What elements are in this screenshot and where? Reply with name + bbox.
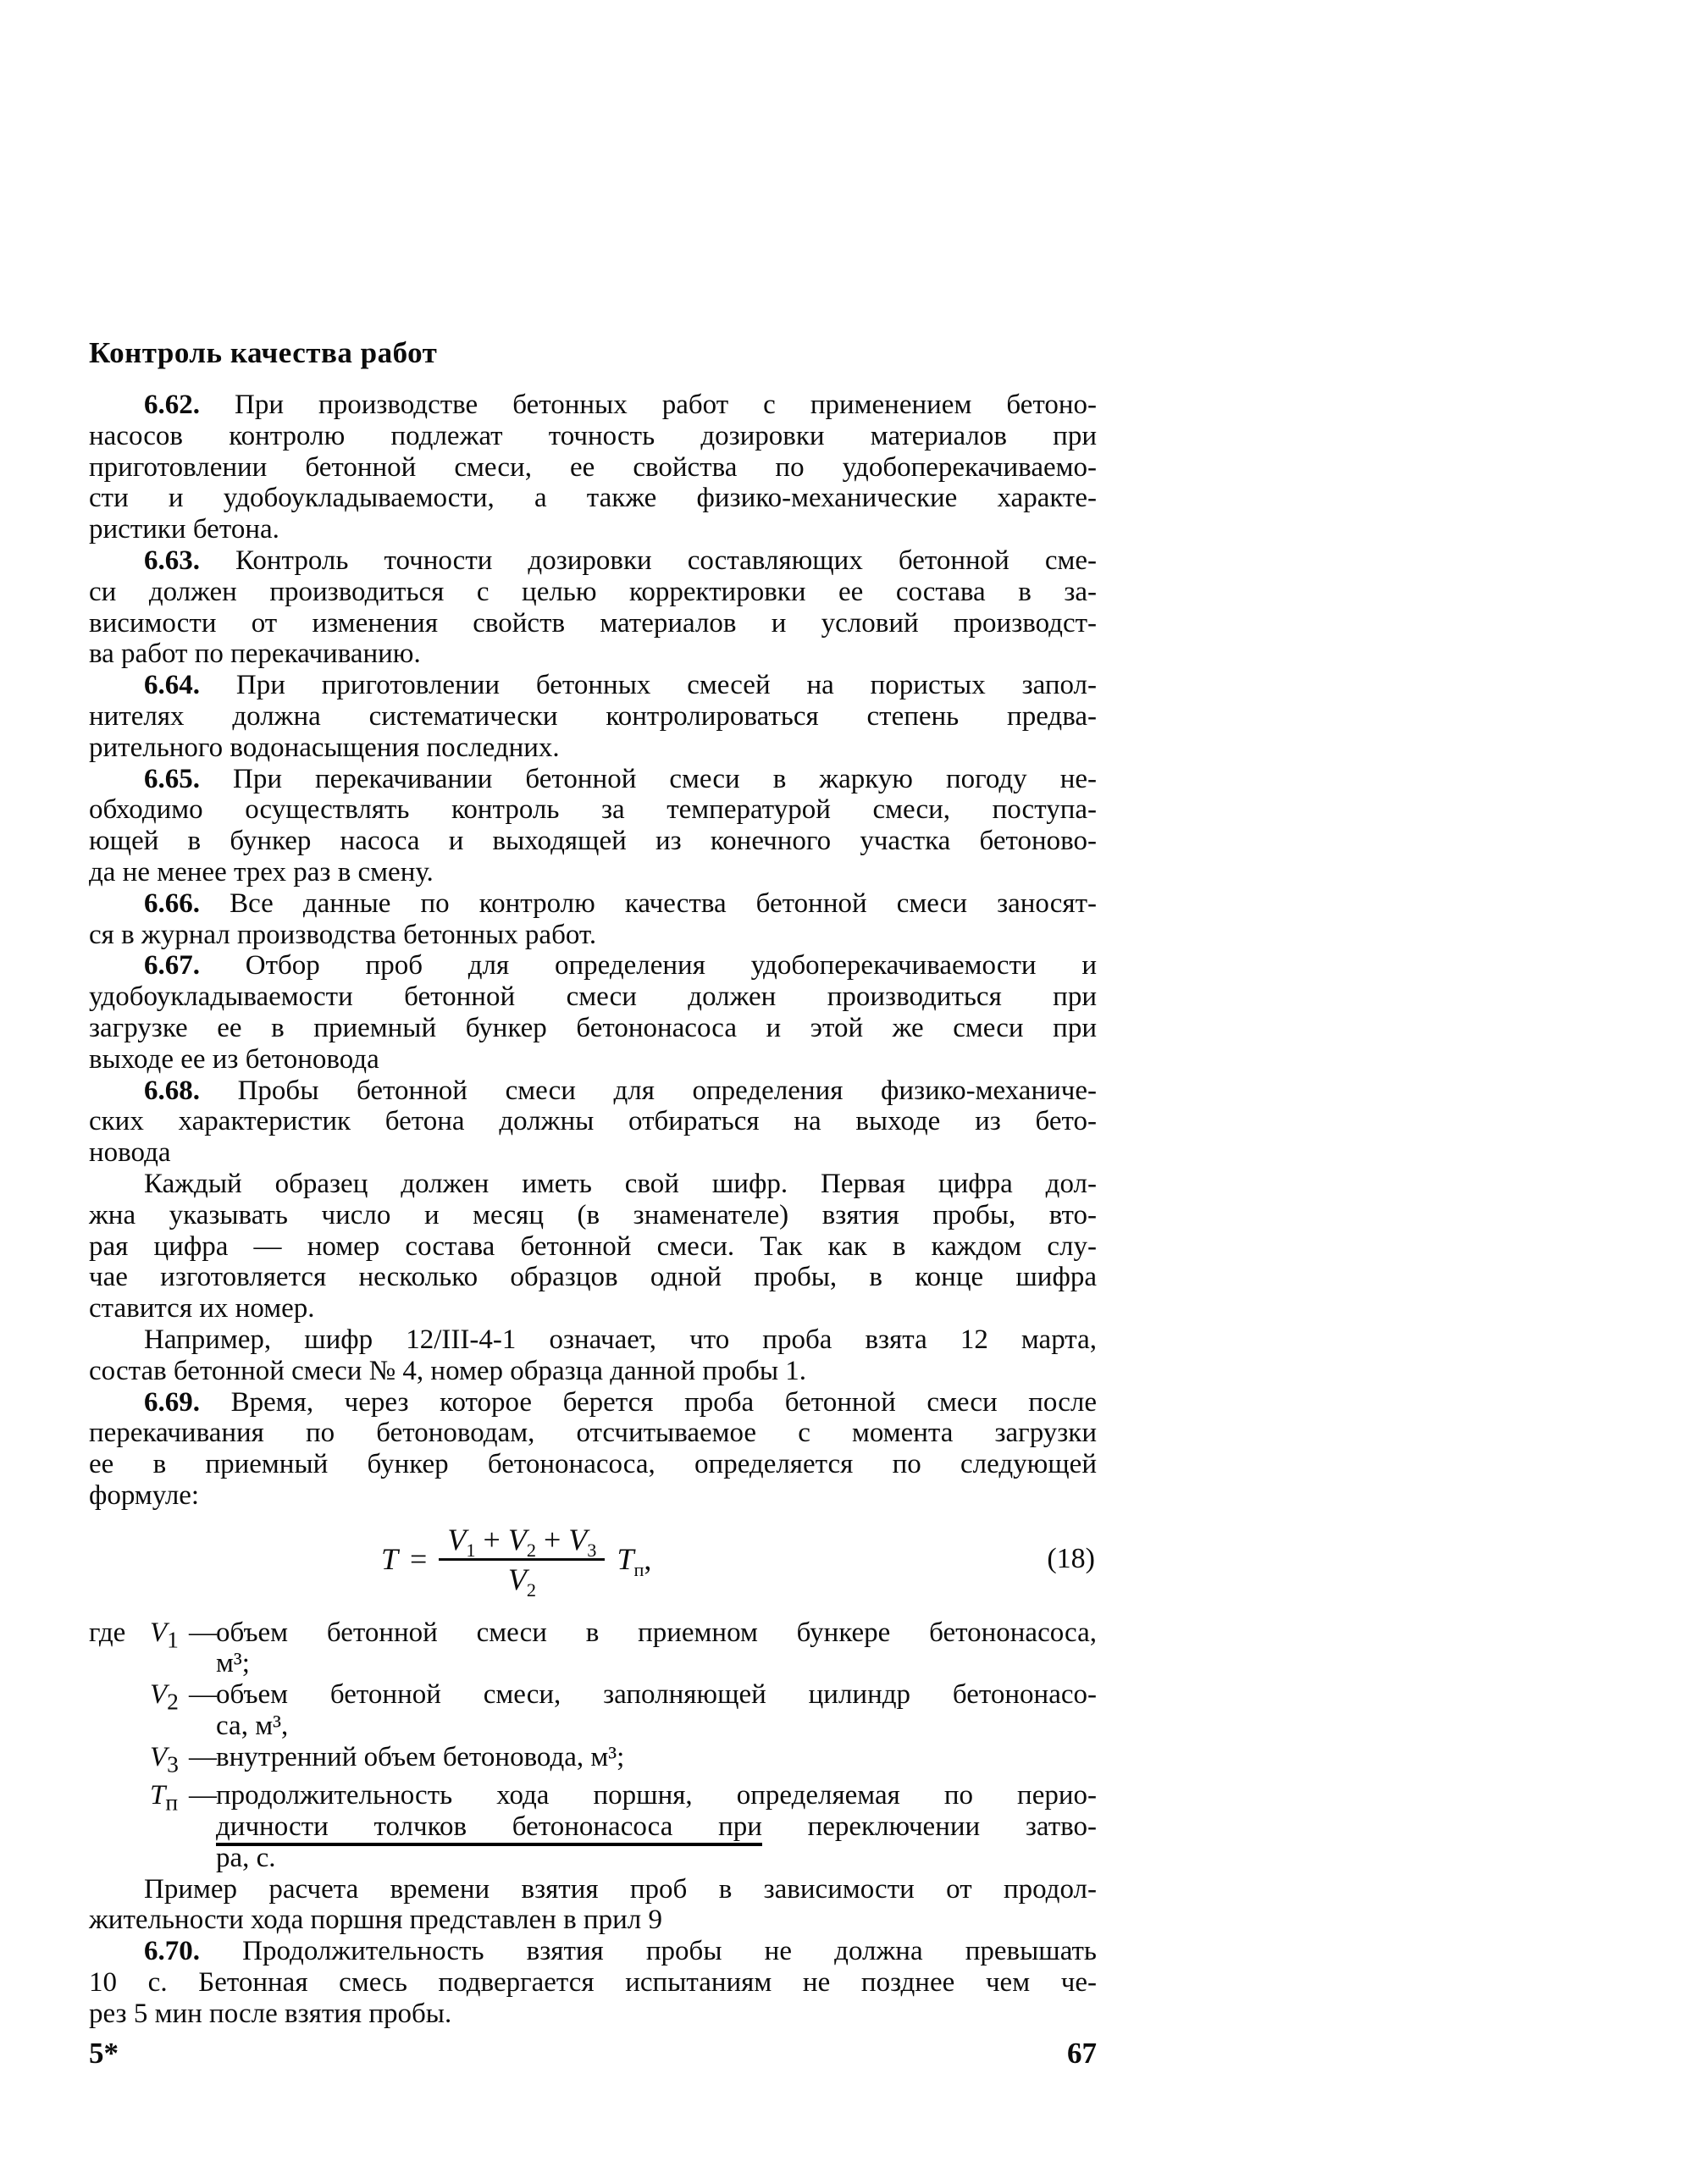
definition-description: объем бетонной смеси, заполняющей цилинд… (216, 1679, 1097, 1742)
text-line: ских характеристик бетона должны отбират… (89, 1106, 1097, 1137)
text-line: 6.62. При производстве бетонных работ с … (89, 390, 1097, 421)
text-line: 6.67. Отбор проб для определения удобопе… (89, 950, 1097, 981)
formula-row: T = V1 + V2 + V3 V2 Tп, (18) (89, 1523, 1097, 1595)
text-line: ся в журнал производства бетонных работ. (89, 920, 1097, 951)
paragraph: 6.62. При производстве бетонных работ с … (89, 390, 1097, 545)
text-line: 6.66. Все данные по контролю качества бе… (89, 888, 1097, 920)
text-line: ристики бетона. (89, 514, 1097, 545)
document-column: Контроль качества работ 6.62. При произв… (89, 336, 1097, 2030)
definition-item: V3—внутренний объем бетоновода, м³; (89, 1742, 1097, 1780)
definition-dash: — (189, 1742, 216, 1773)
text-line: 6.64. При приготовлении бетонных смесей … (89, 670, 1097, 701)
formula-lhs: T (381, 1541, 398, 1577)
text-line: ее в приемный бункер бетононасоса, опред… (89, 1449, 1097, 1480)
text-line: объем бетонной смеси в приемном бункере … (216, 1617, 1097, 1649)
section-heading: Контроль качества работ (89, 336, 1097, 370)
paragraph: 6.70. Продолжительность взятия пробы не … (89, 1936, 1097, 2029)
page-number: 67 (1067, 2037, 1097, 2071)
definition-description: продолжительность хода поршня, определяе… (216, 1780, 1097, 1873)
text-line: удобоукладываемости бетонной смеси долже… (89, 981, 1097, 1013)
formula-factor: Tп, (617, 1541, 651, 1577)
definition-dash: — (189, 1617, 216, 1649)
paragraph: Пример расчета времени взятия проб в зав… (89, 1874, 1097, 1937)
definition-row: Tп—продолжительность хода поршня, опреде… (89, 1780, 1097, 1873)
flow-bottom: гдеV1—объем бетонной смеси в приемном бу… (89, 1617, 1097, 2030)
definition-term: Tп (150, 1780, 189, 1818)
text-line: рез 5 мин после взятия пробы. (89, 1999, 1097, 2030)
text-line: ва работ по перекачиванию. (89, 639, 1097, 670)
paragraph: 6.64. При приготовлении бетонных смесей … (89, 670, 1097, 763)
text-line: внутренний объем бетоновода, м³; (216, 1742, 1097, 1773)
paragraph: 6.63. Контроль точности дозировки состав… (89, 545, 1097, 670)
text-line: жна указывать число и месяц (в знаменате… (89, 1200, 1097, 1231)
formula-fraction: V1 + V2 + V3 V2 (439, 1523, 605, 1595)
paragraph: 6.65. При перекачивании бетонной смеси в… (89, 764, 1097, 888)
text-line: новода (89, 1137, 1097, 1169)
text-line: формуле: (89, 1480, 1097, 1512)
text-line: рая цифра — номер состава бетонной смеси… (89, 1231, 1097, 1263)
text-line: 10 с. Бетонная смесь подвергается испыта… (89, 1967, 1097, 1999)
text-line: Каждый образец должен иметь свой шифр. П… (89, 1169, 1097, 1200)
text-line: са, м³, (216, 1711, 1097, 1742)
text-line: сти и удобоукладываемости, а также физик… (89, 483, 1097, 514)
text-line: 6.69. Время, через которое берется проба… (89, 1387, 1097, 1418)
text-line: ра, с. (216, 1843, 1097, 1874)
text-line: ющей в бункер насоса и выходящей из коне… (89, 826, 1097, 857)
paragraph: 6.67. Отбор проб для определения удобопе… (89, 950, 1097, 1075)
paragraph: Каждый образец должен иметь свой шифр. П… (89, 1169, 1097, 1324)
definition-description: объем бетонной смеси в приемном бункере … (216, 1617, 1097, 1680)
paragraph: 6.69. Время, через которое берется проба… (89, 1387, 1097, 1512)
text-line: жительности хода поршня представлен в пр… (89, 1905, 1097, 1936)
flow-top: 6.62. При производстве бетонных работ с … (89, 390, 1097, 1512)
formula-numerator: V1 + V2 + V3 (439, 1523, 605, 1561)
text-line: чае изготовляется несколько образцов одн… (89, 1262, 1097, 1293)
paragraph: Например, шифр 12/III-4-1 означает, что … (89, 1324, 1097, 1387)
text-line: 6.70. Продолжительность взятия пробы не … (89, 1936, 1097, 1967)
text-line: Например, шифр 12/III-4-1 означает, что … (89, 1324, 1097, 1356)
text-line: ставится их номер. (89, 1293, 1097, 1324)
formula-18: T = V1 + V2 + V3 V2 Tп, (381, 1523, 651, 1595)
definition-term: V3 (150, 1742, 189, 1780)
definition-term: V2 (150, 1679, 189, 1717)
text-line: 6.65. При перекачивании бетонной смеси в… (89, 764, 1097, 795)
text-line: дичности толчков бетононасоса при перекл… (216, 1811, 1097, 1843)
definition-item: Tп—продолжительность хода поршня, опреде… (89, 1780, 1097, 1873)
text-line: перекачивания по бетоноводам, отсчитывае… (89, 1418, 1097, 1449)
definition-dash: — (189, 1780, 216, 1811)
definition-item: V2—объем бетонной смеси, заполняющей цил… (89, 1679, 1097, 1742)
formula-equals: = (410, 1541, 427, 1577)
document-page: Контроль качества работ 6.62. При произв… (0, 0, 1687, 2184)
paragraph: 6.66. Все данные по контролю качества бе… (89, 888, 1097, 951)
paragraph: 6.68. Пробы бетонной смеси для определен… (89, 1075, 1097, 1169)
text-line: нителях должна систематически контролиро… (89, 701, 1097, 733)
definition-prefix: где (89, 1617, 150, 1649)
equation-number: (18) (1047, 1543, 1095, 1575)
text-line: 6.63. Контроль точности дозировки состав… (89, 545, 1097, 577)
text-line: состав бетонной смеси № 4, номер образца… (89, 1356, 1097, 1387)
text-line: си должен производиться с целью корректи… (89, 577, 1097, 608)
text-line: приготовлении бетонной смеси, ее свойств… (89, 452, 1097, 484)
text-line: м³; (216, 1648, 1097, 1679)
definition-row: V2—объем бетонной смеси, заполняющей цил… (89, 1679, 1097, 1742)
definition-description: внутренний объем бетоновода, м³; (216, 1742, 1097, 1773)
definition-dash: — (189, 1679, 216, 1711)
formula-denominator: V2 (439, 1561, 605, 1595)
text-line: объем бетонной смеси, заполняющей цилинд… (216, 1679, 1097, 1711)
definition-item: гдеV1—объем бетонной смеси в приемном бу… (89, 1617, 1097, 1680)
text-line: рительного водонасыщения последних. (89, 733, 1097, 764)
text-line: висимости от изменения свойств материало… (89, 608, 1097, 639)
definition-term: V1 (150, 1617, 189, 1656)
text-line: Пример расчета времени взятия проб в зав… (89, 1874, 1097, 1905)
definition-row: гдеV1—объем бетонной смеси в приемном бу… (89, 1617, 1097, 1680)
text-line: выходе ее из бетоновода (89, 1044, 1097, 1075)
page-footer: 5* 67 (89, 2037, 1097, 2071)
text-line: насосов контролю подлежат точность дозир… (89, 421, 1097, 452)
definition-row: V3—внутренний объем бетоновода, м³; (89, 1742, 1097, 1780)
text-line: 6.68. Пробы бетонной смеси для определен… (89, 1075, 1097, 1107)
text-line: обходимо осуществлять контроль за темпер… (89, 794, 1097, 826)
text-line: продолжительность хода поршня, определяе… (216, 1780, 1097, 1811)
signature-mark: 5* (89, 2037, 119, 2071)
definition-list: гдеV1—объем бетонной смеси в приемном бу… (89, 1617, 1097, 1874)
text-line: загрузке ее в приемный бункер бетононасо… (89, 1013, 1097, 1044)
text-line: да не менее трех раз в смену. (89, 857, 1097, 888)
